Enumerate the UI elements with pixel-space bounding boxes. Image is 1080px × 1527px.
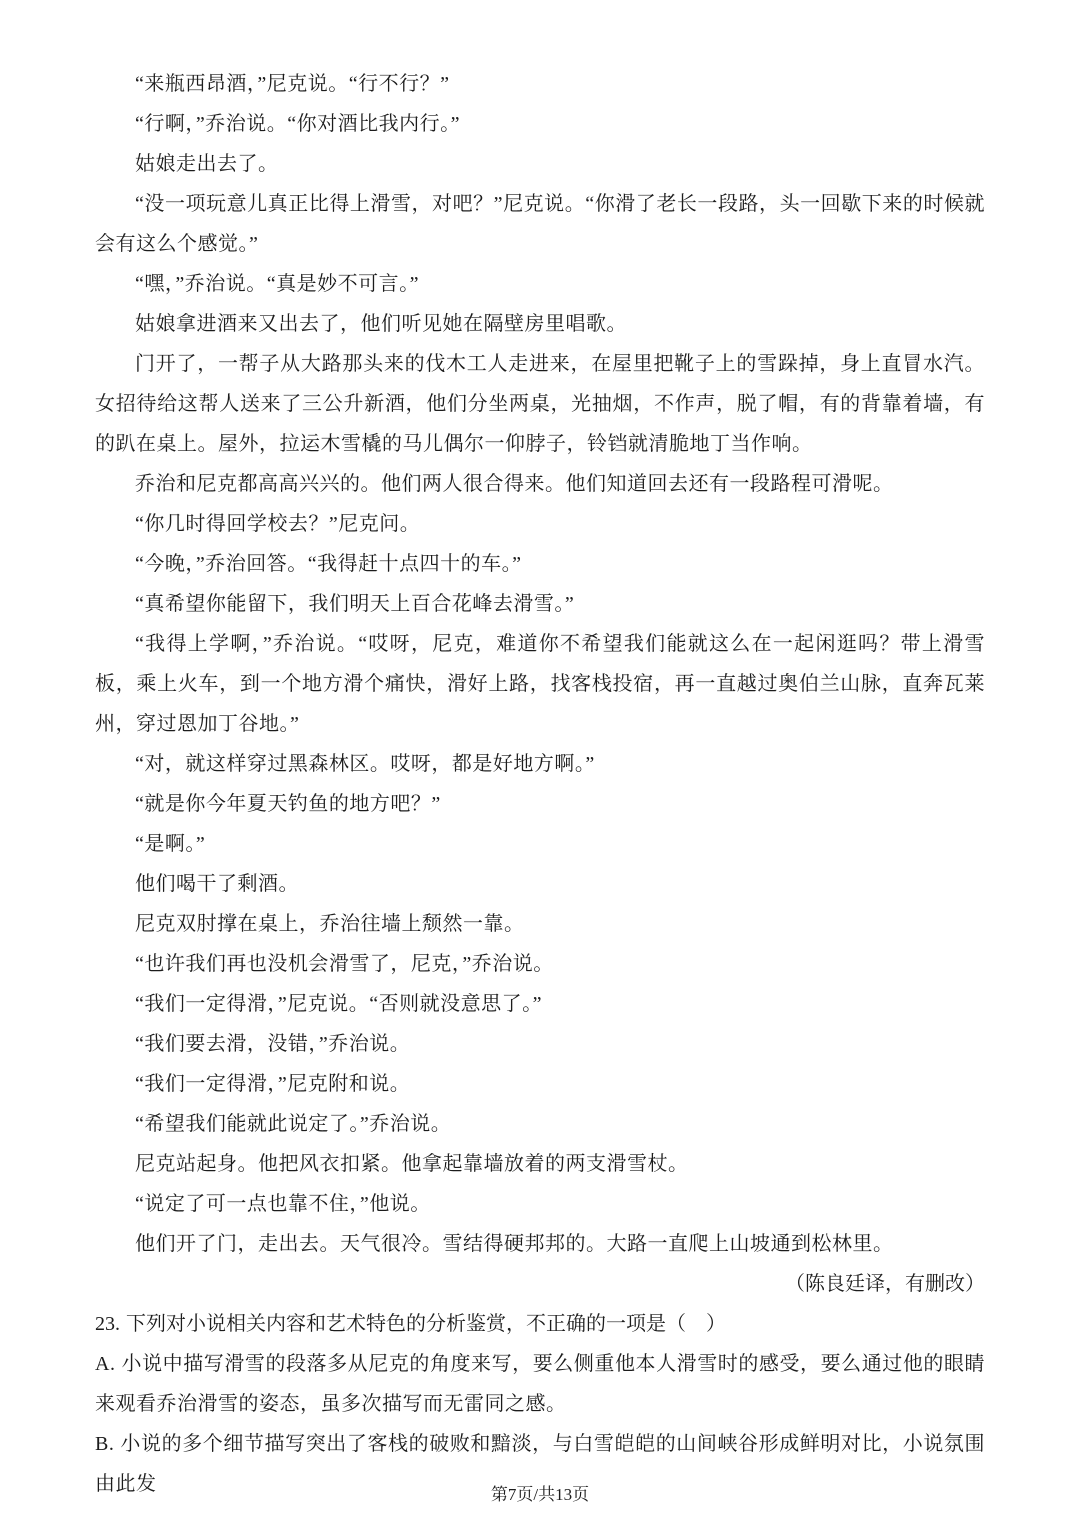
passage-paragraph: “没一项玩意儿真正比得上滑雪，对吧？”尼克说。“你滑了老长一段路，头一回歇下来的…: [95, 184, 985, 264]
question-number: 23.: [95, 1313, 120, 1335]
option-label: A.: [95, 1353, 115, 1375]
passage-paragraph: “今晚，”乔治回答。“我得赶十点四十的车。”: [95, 544, 985, 584]
passage-paragraph: 尼克双肘撑在桌上，乔治往墙上颓然一靠。: [95, 904, 985, 944]
passage-paragraph: “行啊，”乔治说。“你对酒比我内行。”: [95, 104, 985, 144]
passage-paragraph: “是啊。”: [95, 824, 985, 864]
question-23: 23.下列对小说相关内容和艺术特色的分析鉴赏，不正确的一项是（ ） A.小说中描…: [95, 1304, 985, 1504]
question-stem-text: 下列对小说相关内容和艺术特色的分析鉴赏，不正确的一项是（ ）: [126, 1313, 726, 1335]
passage-paragraph: 他们开了门，走出去。天气很冷。雪结得硬邦邦的。大路一直爬上山坡通到松林里。: [95, 1224, 985, 1264]
passage-paragraph: “我们一定得滑，”尼克附和说。: [95, 1064, 985, 1104]
page-content: “来瓶西昂酒，”尼克说。“行不行？”“行啊，”乔治说。“你对酒比我内行。”姑娘走…: [0, 0, 1080, 1504]
passage-paragraph: “来瓶西昂酒，”尼克说。“行不行？”: [95, 64, 985, 104]
passage-paragraph: “也许我们再也没机会滑雪了，尼克，”乔治说。: [95, 944, 985, 984]
passage-paragraph: “说定了可一点也靠不住，”他说。: [95, 1184, 985, 1224]
passage-paragraph: “我们要去滑，没错，”乔治说。: [95, 1024, 985, 1064]
passage-paragraph: 姑娘走出去了。: [95, 144, 985, 184]
option-text: 小说中描写滑雪的段落多从尼克的角度来写，要么侧重他本人滑雪时的感受，要么通过他的…: [95, 1353, 985, 1415]
passage-paragraph: “嘿，”乔治说。“真是妙不可言。”: [95, 264, 985, 304]
passage-paragraph: “希望我们能就此说定了。”乔治说。: [95, 1104, 985, 1144]
document-page: “来瓶西昂酒，”尼克说。“行不行？”“行啊，”乔治说。“你对酒比我内行。”姑娘走…: [0, 0, 1080, 1527]
passage-paragraph: “就是你今年夏天钓鱼的地方吧？”: [95, 784, 985, 824]
page-footer: 第7页/共13页: [0, 1480, 1080, 1505]
passage-paragraph: 门开了，一帮子从大路那头来的伐木工人走进来，在屋里把靴子上的雪跺掉，身上直冒水汽…: [95, 344, 985, 464]
passage-paragraph: “你几时得回学校去？”尼克问。: [95, 504, 985, 544]
option-label: B.: [95, 1433, 114, 1455]
question-option: A.小说中描写滑雪的段落多从尼克的角度来写，要么侧重他本人滑雪时的感受，要么通过…: [95, 1344, 985, 1424]
translator-attribution: （陈良廷译，有删改）: [95, 1264, 985, 1304]
passage-paragraph: “我得上学啊，”乔治说。“哎呀，尼克，难道你不希望我们能就这么在一起闲逛吗？带上…: [95, 624, 985, 744]
question-stem: 23.下列对小说相关内容和艺术特色的分析鉴赏，不正确的一项是（ ）: [95, 1304, 985, 1344]
passage-paragraph: “真希望你能留下，我们明天上百合花峰去滑雪。”: [95, 584, 985, 624]
passage-paragraph: “我们一定得滑，”尼克说。“否则就没意思了。”: [95, 984, 985, 1024]
passage-paragraph: “对，就这样穿过黑森林区。哎呀，都是好地方啊。”: [95, 744, 985, 784]
passage-paragraph: 姑娘拿进酒来又出去了，他们听见她在隔壁房里唱歌。: [95, 304, 985, 344]
page-number: 第7页/共13页: [491, 1485, 589, 1504]
passage-paragraph: 乔治和尼克都高高兴兴的。他们两人很合得来。他们知道回去还有一段路程可滑呢。: [95, 464, 985, 504]
passage-paragraph: 尼克站起身。他把风衣扣紧。他拿起靠墙放着的两支滑雪杖。: [95, 1144, 985, 1184]
passage-paragraph: 他们喝干了剩酒。: [95, 864, 985, 904]
